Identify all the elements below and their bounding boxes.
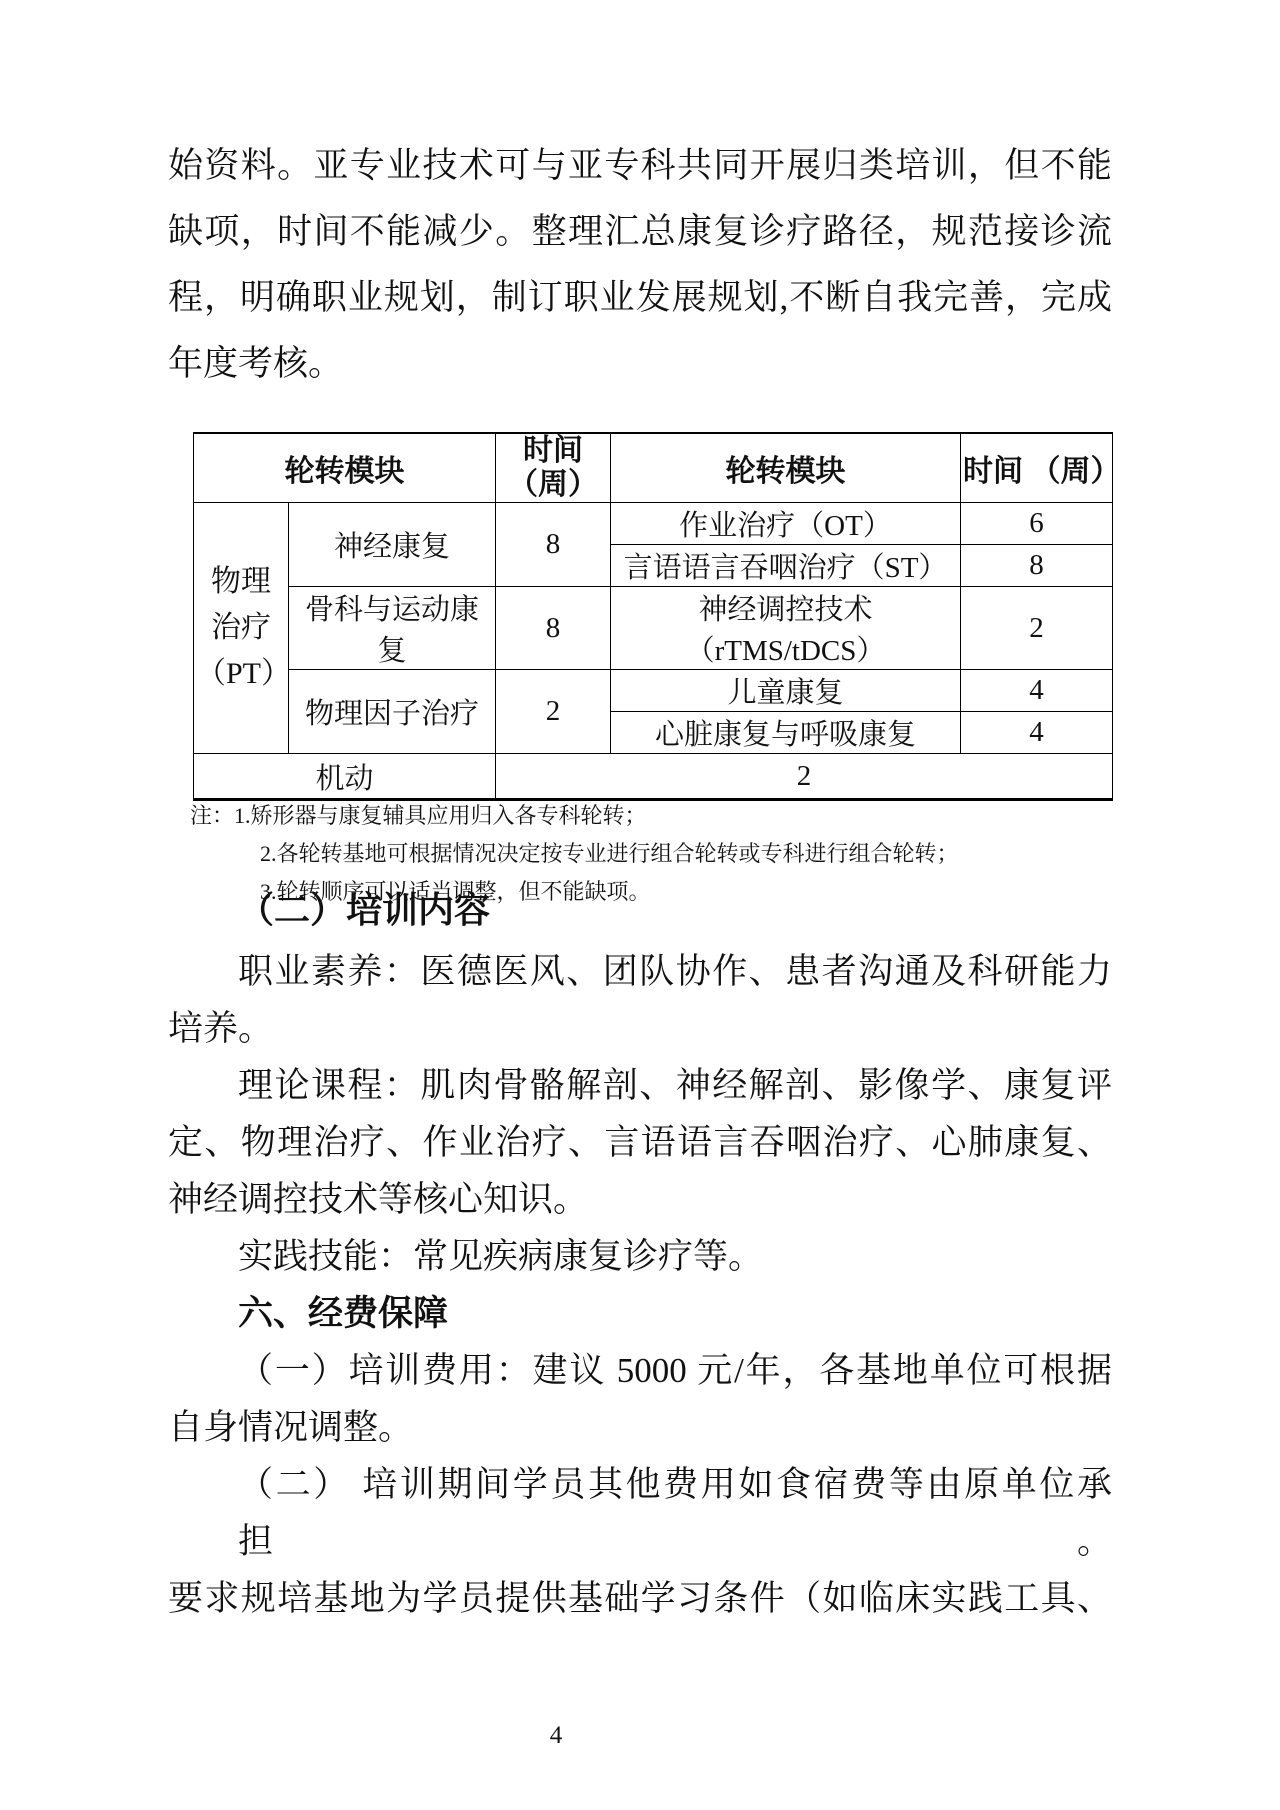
section-heading-training-content: （二）培训内容 xyxy=(168,886,1112,934)
intro-paragraph: 始资料。亚专业技术可与亚专科共同开展归类培训，但不能 缺项，时间不能减少。整理汇… xyxy=(168,133,1112,397)
header-time-right: 时间 （周） xyxy=(961,433,1113,503)
intro-line: 始资料。亚专业技术可与亚专科共同开展归类培训，但不能 xyxy=(168,133,1112,199)
funding-other-line: （二） 培训期间学员其他费用如食宿费等由原单位承担。 xyxy=(168,1456,1112,1570)
cell-weeks-physio: 2 xyxy=(496,670,611,754)
section-heading-funding: 六、经费保障 xyxy=(168,1285,1112,1342)
cell-weeks-rtms: 2 xyxy=(961,587,1113,670)
funding-fee-line: （一）培训费用：建议 5000 元/年，各基地单位可根据 xyxy=(168,1342,1112,1399)
practice-line: 实践技能：常见疾病康复诊疗等。 xyxy=(168,1228,1112,1285)
page-number: 4 xyxy=(0,1722,1112,1750)
document-page: 始资料。亚专业技术可与亚专科共同开展归类培训，但不能 缺项，时间不能减少。整理汇… xyxy=(0,0,1280,1810)
professionalism-line: 职业素养：医德医风、团队协作、患者沟通及科研能力 xyxy=(168,943,1112,1000)
cell-weeks-child: 4 xyxy=(961,670,1113,712)
table-row: 物理 治疗 （PT） 神经康复 8 作业治疗（OT） 6 xyxy=(194,503,1113,545)
cell-mobile-label: 机动 xyxy=(194,754,496,800)
cell-weeks-cardio: 4 xyxy=(961,712,1113,754)
cell-module-rtms: 神经调控技术（rTMS/tDCS） xyxy=(611,587,961,670)
theory-line: 神经调控技术等核心知识。 xyxy=(168,1171,1112,1228)
table-row-mobile: 机动 2 xyxy=(194,754,1113,800)
note-line-2: 2.各轮转基地可根据情况决定按专业进行组合轮转或专科进行组合轮转； xyxy=(168,835,1112,873)
cell-module-st: 言语语言吞咽治疗（ST） xyxy=(611,545,961,587)
cell-module-neuro: 神经康复 xyxy=(289,503,496,587)
header-module-right: 轮转模块 xyxy=(611,433,961,503)
funding-other-line: 要求规培基地为学员提供基础学习条件（如临床实践工具、 xyxy=(168,1570,1112,1627)
professionalism-line: 培养。 xyxy=(168,1000,1112,1057)
note-line-1: 注：1.矫形器与康复辅具应用归入各专科轮转； xyxy=(168,797,1112,835)
table-row: 骨科与运动康复 8 神经调控技术（rTMS/tDCS） 2 xyxy=(194,587,1113,670)
table-row: 物理因子治疗 2 儿童康复 4 xyxy=(194,670,1113,712)
table-header-row: 轮转模块 时间 （周） 轮转模块 时间 （周） xyxy=(194,433,1113,503)
cell-weeks-ortho: 8 xyxy=(496,587,611,670)
cell-module-cardio: 心脏康复与呼吸康复 xyxy=(611,712,961,754)
cell-weeks-st: 8 xyxy=(961,545,1113,587)
cell-module-ortho: 骨科与运动康复 xyxy=(289,587,496,670)
intro-line: 程，明确职业规划，制订职业发展规划,不断自我完善，完成 xyxy=(168,265,1112,331)
cell-weeks-neuro: 8 xyxy=(496,503,611,587)
intro-line: 缺项，时间不能减少。整理汇总康复诊疗路径，规范接诊流 xyxy=(168,199,1112,265)
header-time-left: 时间 （周） xyxy=(496,433,611,503)
body-sections: 职业素养：医德医风、团队协作、患者沟通及科研能力 培养。 理论课程：肌肉骨骼解剖… xyxy=(168,943,1112,1627)
header-module-left: 轮转模块 xyxy=(194,433,496,503)
cell-mobile-weeks: 2 xyxy=(496,754,1113,800)
cell-module-child: 儿童康复 xyxy=(611,670,961,712)
theory-line: 理论课程：肌肉骨骼解剖、神经解剖、影像学、康复评 xyxy=(168,1057,1112,1114)
rotation-table: 轮转模块 时间 （周） 轮转模块 时间 （周） 物理 治疗 （PT） 神经康复 … xyxy=(193,432,1113,801)
cell-group-pt: 物理 治疗 （PT） xyxy=(194,503,289,754)
cell-module-ot: 作业治疗（OT） xyxy=(611,503,961,545)
theory-line: 定、物理治疗、作业治疗、言语语言吞咽治疗、心肺康复、 xyxy=(168,1114,1112,1171)
funding-fee-line: 自身情况调整。 xyxy=(168,1399,1112,1456)
cell-weeks-ot: 6 xyxy=(961,503,1113,545)
cell-module-physio: 物理因子治疗 xyxy=(289,670,496,754)
intro-line: 年度考核。 xyxy=(168,331,1112,397)
